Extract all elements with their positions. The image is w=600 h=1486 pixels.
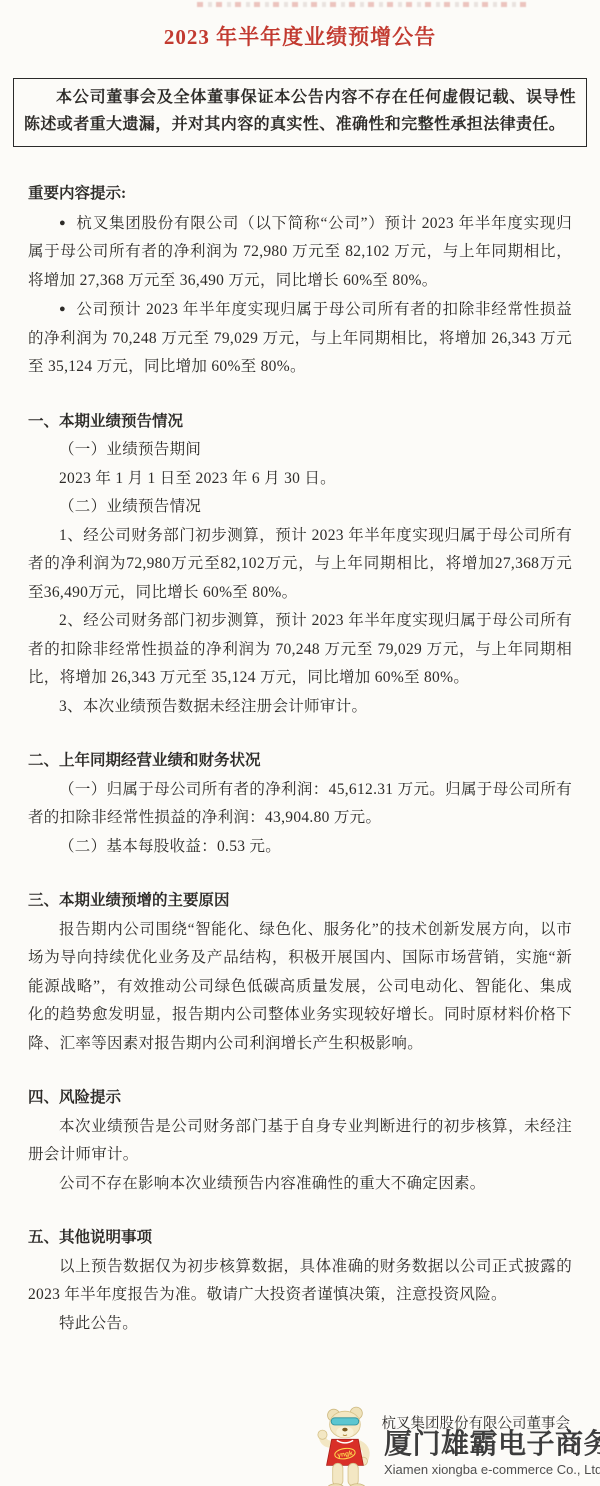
- section-paragraph: 3、本次业绩预告数据未经注册会计师审计。: [28, 693, 572, 722]
- section-heading: 四、风险提示: [28, 1084, 572, 1113]
- highlight-bullet-item: ●杭叉集团股份有限公司（以下简称“公司”）预计 2023 年半年度实现归属于母公…: [28, 209, 572, 296]
- section-heading: 五、其他说明事项: [28, 1224, 572, 1253]
- section-paragraph: （二）业绩预告情况: [28, 493, 572, 522]
- disclaimer-box: 本公司董事会及全体董事保证本公告内容不存在任何虚假记载、误导性陈述或者重大遗漏，…: [13, 78, 587, 147]
- cropped-header-text: [197, 2, 527, 7]
- watermark-cn-text: 厦门雄霸电子商务: [384, 1428, 600, 1460]
- section-paragraph: 2023 年 1 月 1 日至 2023 年 6 月 30 日。: [28, 465, 572, 494]
- section-paragraph: 报告期内公司围绕“智能化、绿色化、服务化”的技术创新发展方向，以市场为导向持续优…: [28, 916, 572, 1059]
- section-paragraph: 以上预告数据仅为初步核算数据，具体准确的财务数据以公司正式披露的 2023 年半…: [28, 1253, 572, 1310]
- section-paragraph: 公司不存在影响本次业绩预告内容准确性的重大不确定因素。: [28, 1170, 572, 1199]
- section-heading: 一、本期业绩预告情况: [28, 408, 572, 437]
- disclaimer-text: 本公司董事会及全体董事保证本公告内容不存在任何虚假记载、误导性陈述或者重大遗漏，…: [24, 84, 576, 138]
- bear-mascot-icon: yngk: [316, 1402, 378, 1486]
- section-paragraph: （一）归属于母公司所有者的净利润：45,612.31 万元。归属于母公司所有者的…: [28, 776, 572, 833]
- page-title: 2023 年半年度业绩预增公告: [28, 22, 572, 52]
- bullet-icon: ●: [59, 303, 66, 315]
- section-paragraph: （一）业绩预告期间: [28, 436, 572, 465]
- highlights-heading: 重要内容提示:: [28, 180, 572, 209]
- section-paragraph: （二）基本每股收益：0.53 元。: [28, 833, 572, 862]
- highlight-bullet-item: ●公司预计 2023 年半年度实现归属于母公司所有者的扣除非经常性损益的净利润为…: [28, 295, 572, 382]
- highlights-list: ●杭叉集团股份有限公司（以下简称“公司”）预计 2023 年半年度实现归属于母公…: [28, 209, 572, 382]
- bullet-icon: ●: [59, 217, 66, 229]
- section-paragraph: 2、经公司财务部门初步测算，预计 2023 年半年度实现归属于母公司所有者的扣除…: [28, 607, 572, 693]
- section-heading: 三、本期业绩预增的主要原因: [28, 887, 572, 916]
- section-heading: 二、上年同期经营业绩和财务状况: [28, 747, 572, 776]
- announcement-document: 2023 年半年度业绩预增公告 本公司董事会及全体董事保证本公告内容不存在任何虚…: [0, 2, 600, 1438]
- watermark-text-block: 厦门雄霸电子商务 Xiamen xiongba e-commerce Co., …: [384, 1394, 600, 1478]
- watermark-en-text: Xiamen xiongba e-commerce Co., Ltd: [384, 1462, 600, 1478]
- section-paragraph: 特此公告。: [28, 1310, 572, 1339]
- section-paragraph: 1、经公司财务部门初步测算，预计 2023 年半年度实现归属于母公司所有者的净利…: [28, 522, 572, 608]
- sections-container: 一、本期业绩预告情况（一）业绩预告期间2023 年 1 月 1 日至 2023 …: [28, 408, 572, 1339]
- watermark-logo: yngk 厦门雄霸电子商务 Xiamen xiongba e-commerce …: [316, 1394, 600, 1486]
- section-paragraph: 本次业绩预告是公司财务部门基于自身专业判断进行的初步核算，未经注册会计师审计。: [28, 1113, 572, 1170]
